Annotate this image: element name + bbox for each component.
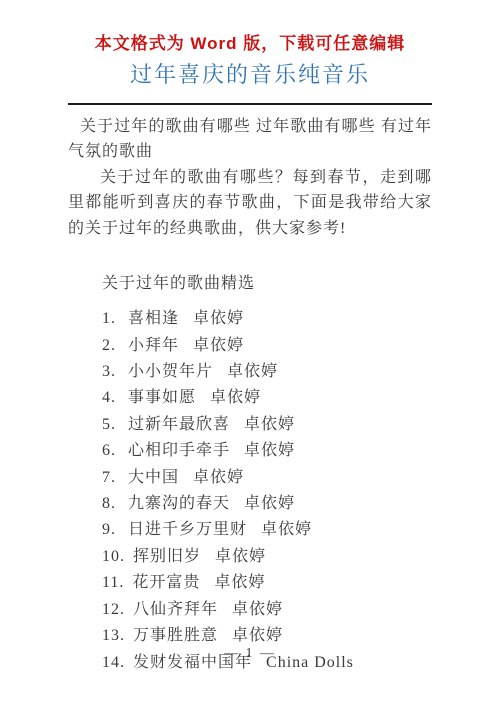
song-number: 4. xyxy=(102,385,120,411)
song-title: 过新年最欣喜 xyxy=(128,416,230,433)
song-artist: 卓依婷 xyxy=(227,363,278,380)
song-title: 万事胜胜意 xyxy=(133,627,218,644)
song-number: 5. xyxy=(102,412,120,438)
song-artist: 卓依婷 xyxy=(210,389,261,406)
intro-paragraph-2: 关于过年的歌曲有哪些？每到春节，走到哪里都能听到喜庆的春节歌曲，下面是我带给大家… xyxy=(68,165,432,242)
song-title: 心相印手牵手 xyxy=(128,442,230,459)
song-row: 5.过新年最欣喜卓依婷 xyxy=(102,412,432,438)
song-number: 3. xyxy=(102,359,120,385)
song-row: 10.挥别旧岁卓依婷 xyxy=(102,544,432,570)
song-row: 11.花开富贵卓依婷 xyxy=(102,570,432,596)
song-title: 八仙齐拜年 xyxy=(133,601,218,618)
page-title: 过年喜庆的音乐纯音乐 xyxy=(0,62,500,88)
word-format-notice: 本文格式为 Word 版，下载可任意编辑 xyxy=(0,33,500,55)
song-artist: 卓依婷 xyxy=(215,548,266,565)
song-title: 大中国 xyxy=(128,469,179,486)
song-artist: 卓依婷 xyxy=(261,521,312,538)
song-number: 12. xyxy=(102,597,125,623)
song-title: 日进千乡万里财 xyxy=(128,521,247,538)
song-row: 6.心相印手牵手卓依婷 xyxy=(102,438,432,464)
song-artist: 卓依婷 xyxy=(232,601,283,618)
song-number: 6. xyxy=(102,438,120,464)
intro-paragraph-1: 关于过年的歌曲有哪些 过年歌曲有哪些 有过年气氛的歌曲 xyxy=(68,114,432,165)
song-title: 挥别旧岁 xyxy=(133,548,201,565)
song-row: 3.小小贺年片卓依婷 xyxy=(102,359,432,385)
song-row: 7.大中国卓依婷 xyxy=(102,465,432,491)
song-title: 小小贺年片 xyxy=(128,363,213,380)
song-row: 1.喜相逢卓依婷 xyxy=(102,306,432,332)
song-artist: 卓依婷 xyxy=(232,627,283,644)
song-number: 11. xyxy=(102,570,124,596)
song-number: 10. xyxy=(102,544,125,570)
song-title: 事事如愿 xyxy=(128,389,196,406)
song-row: 8.九寨沟的春天卓依婷 xyxy=(102,491,432,517)
song-title: 花开富贵 xyxy=(132,574,200,591)
song-number: 7. xyxy=(102,465,120,491)
song-artist: 卓依婷 xyxy=(244,442,295,459)
song-list-section: 关于过年的歌曲精选 1.喜相逢卓依婷 2.小拜年卓依婷 3.小小贺年片卓依婷 4… xyxy=(68,271,432,676)
song-title: 喜相逢 xyxy=(128,310,179,327)
song-row: 4.事事如愿卓依婷 xyxy=(102,385,432,411)
song-title: 九寨沟的春天 xyxy=(128,495,230,512)
document-page: 本文格式为 Word 版，下载可任意编辑 过年喜庆的音乐纯音乐 关于过年的歌曲有… xyxy=(0,0,500,707)
song-number: 1. xyxy=(102,306,120,332)
document-body: 关于过年的歌曲有哪些 过年歌曲有哪些 有过年气氛的歌曲 关于过年的歌曲有哪些？每… xyxy=(68,114,432,676)
song-artist: 卓依婷 xyxy=(193,310,244,327)
song-row: 12.八仙齐拜年卓依婷 xyxy=(102,597,432,623)
song-title: 小拜年 xyxy=(128,337,179,354)
page-number: — 1 — xyxy=(0,646,500,662)
title-divider xyxy=(68,103,432,105)
song-number: 2. xyxy=(102,333,120,359)
song-artist: 卓依婷 xyxy=(214,574,265,591)
song-list-heading: 关于过年的歌曲精选 xyxy=(102,271,432,297)
song-artist: 卓依婷 xyxy=(193,337,244,354)
song-row: 2.小拜年卓依婷 xyxy=(102,333,432,359)
song-artist: 卓依婷 xyxy=(244,416,295,433)
song-artist: 卓依婷 xyxy=(244,495,295,512)
song-artist: 卓依婷 xyxy=(193,469,244,486)
song-row: 9.日进千乡万里财卓依婷 xyxy=(102,517,432,543)
song-number: 8. xyxy=(102,491,120,517)
song-number: 9. xyxy=(102,517,120,543)
